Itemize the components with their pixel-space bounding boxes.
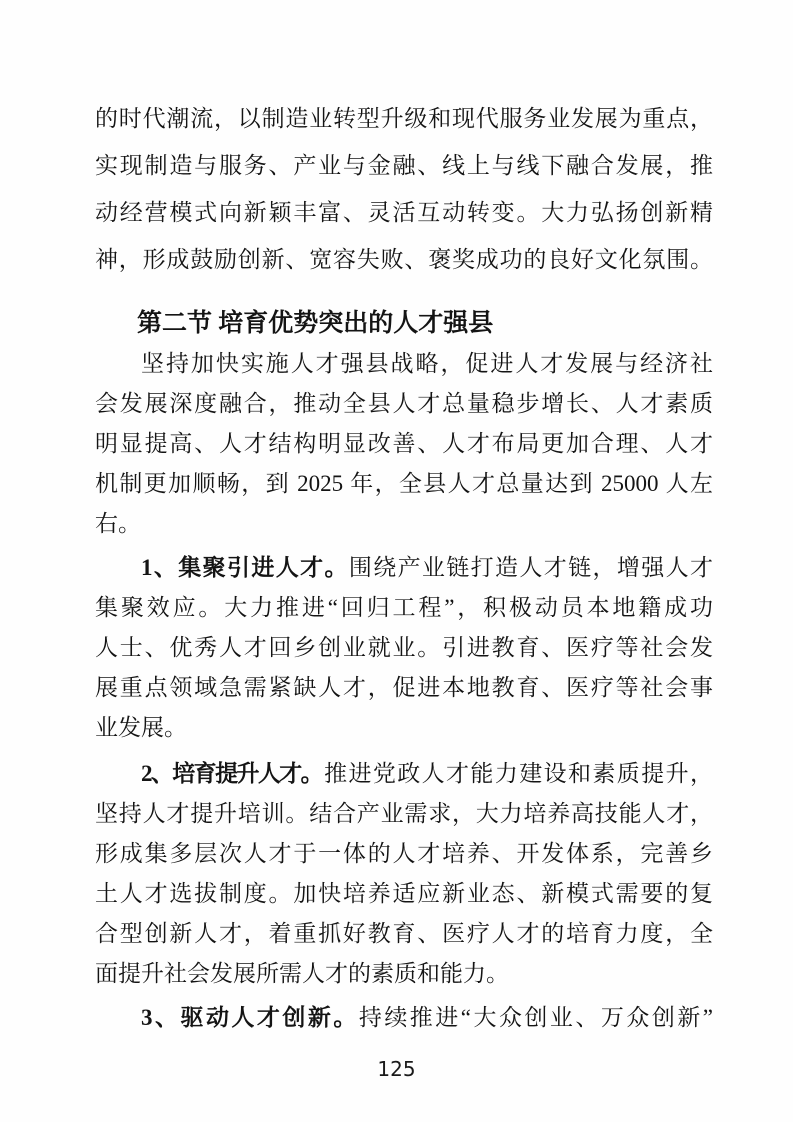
text-line: 3、驱动人才创新。持续推进“大众创业、万众创新” [95, 998, 713, 1038]
item-bold-prefix: 1、集聚引进人才。 [141, 555, 349, 580]
item-bold-prefix: 2、培育提升人才。 [141, 761, 322, 786]
text-line: 会发展深度融合，推动全县人才总量稳步增长、人才素质 [95, 384, 713, 424]
text-line: 的时代潮流，以制造业转型升级和现代服务业发展为重点， [95, 95, 713, 142]
text-line: 土人才选拔制度。加快培养适应新业态、新模式需要的复 [95, 874, 713, 914]
text-line: 右。 [95, 504, 713, 544]
text-line: 坚持加快实施人才强县战略，促进人才发展与经济社 [95, 344, 713, 384]
item-1-paragraph: 1、集聚引进人才。围绕产业链打造人才链，增强人才集聚效应。大力推进“回归工程”，… [95, 548, 713, 748]
text-line: 机制更加顺畅，到 2025 年，全县人才总量达到 25000 人左 [95, 464, 713, 504]
text-line: 合型创新人才，着重抓好教育、医疗人才的培育力度，全 [95, 914, 713, 954]
heading-line: 第二节 培育优势突出的人才强县 [95, 300, 713, 348]
text-line: 展重点领域急需紧缺人才，促进本地教育、医疗等社会事 [95, 668, 713, 708]
text-line: 形成集多层次人才于一体的人才培养、开发体系，完善乡 [95, 834, 713, 874]
item-3-paragraph: 3、驱动人才创新。持续推进“大众创业、万众创新” [95, 998, 713, 1038]
text-line: 明显提高、人才结构明显改善、人才布局更加合理、人才 [95, 424, 713, 464]
text-line: 1、集聚引进人才。围绕产业链打造人才链，增强人才 [95, 548, 713, 588]
paragraph-talent-goal: 坚持加快实施人才强县战略，促进人才发展与经济社会发展深度融合，推动全县人才总量稳… [95, 344, 713, 544]
page-number: 125 [0, 1056, 793, 1082]
text-line: 面提升社会发展所需人才的素质和能力。 [95, 954, 713, 994]
text-line: 坚持人才提升培训。结合产业需求，大力培养高技能人才， [95, 794, 713, 834]
text-line: 人士、优秀人才回乡创业就业。引进教育、医疗等社会发 [95, 628, 713, 668]
text-line: 集聚效应。大力推进“回归工程”，积极动员本地籍成功 [95, 588, 713, 628]
document-page: 的时代潮流，以制造业转型升级和现代服务业发展为重点，实现制造与服务、产业与金融、… [0, 0, 793, 1122]
text-line: 业发展。 [95, 708, 713, 748]
text-line: 动经营模式向新颖丰富、灵活互动转变。大力弘扬创新精 [95, 189, 713, 236]
item-bold-prefix: 3、驱动人才创新。 [141, 1005, 359, 1030]
paragraph-continuation: 的时代潮流，以制造业转型升级和现代服务业发展为重点，实现制造与服务、产业与金融、… [95, 95, 713, 283]
section-heading: 第二节 培育优势突出的人才强县 [95, 300, 713, 348]
item-2-paragraph: 2、培育提升人才。推进党政人才能力建设和素质提升，坚持人才提升培训。结合产业需求… [95, 754, 713, 994]
text-line: 实现制造与服务、产业与金融、线上与线下融合发展，推 [95, 142, 713, 189]
text-line: 2、培育提升人才。推进党政人才能力建设和素质提升， [95, 754, 713, 794]
text-line: 神，形成鼓励创新、宽容失败、褒奖成功的良好文化氛围。 [95, 236, 713, 283]
